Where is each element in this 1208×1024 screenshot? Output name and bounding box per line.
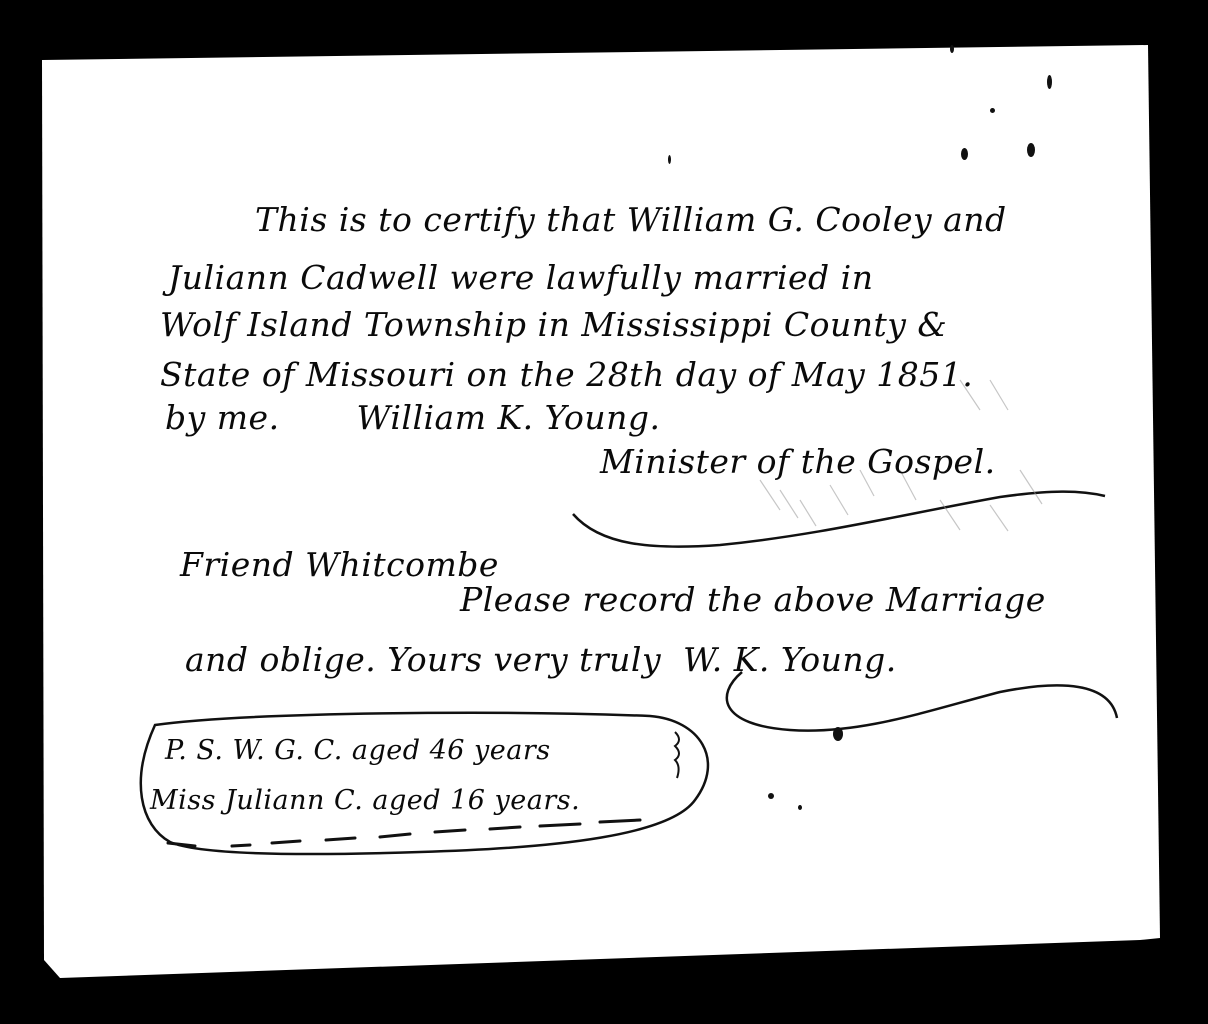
certificate-line-4: State of Missouri on the 28th day of May… — [160, 355, 973, 394]
postscript-line-2: Miss Juliann C. aged 16 years. — [150, 785, 580, 816]
ink-speck — [768, 793, 774, 799]
certificate-line-1: This is to certify that William G. Coole… — [255, 200, 1007, 239]
note-salutation: Friend Whitcombe — [180, 545, 499, 584]
ink-speck — [950, 45, 954, 53]
ink-speck — [1027, 143, 1035, 157]
note-line-2: and oblige. Yours very truly W. K. Young… — [185, 640, 897, 679]
ink-speck — [668, 155, 671, 164]
ink-speck — [798, 805, 802, 810]
ink-speck — [961, 148, 968, 160]
signature-title: Minister of the Gospel. — [600, 442, 996, 481]
certificate-line-5: by me. William K. Young. — [165, 398, 661, 437]
ink-speck — [1047, 75, 1052, 89]
ink-speck — [990, 108, 995, 113]
certificate-line-3: Wolf Island Township in Mississippi Coun… — [160, 305, 947, 344]
postscript-line-1: P. S. W. G. C. aged 46 years — [165, 735, 551, 766]
ink-speck — [833, 727, 843, 741]
document-page: This is to certify that William G. Coole… — [0, 0, 1208, 1024]
certificate-line-2: Juliann Cadwell were lawfully married in — [168, 258, 873, 297]
note-line-1: Please record the above Marriage — [460, 580, 1046, 619]
